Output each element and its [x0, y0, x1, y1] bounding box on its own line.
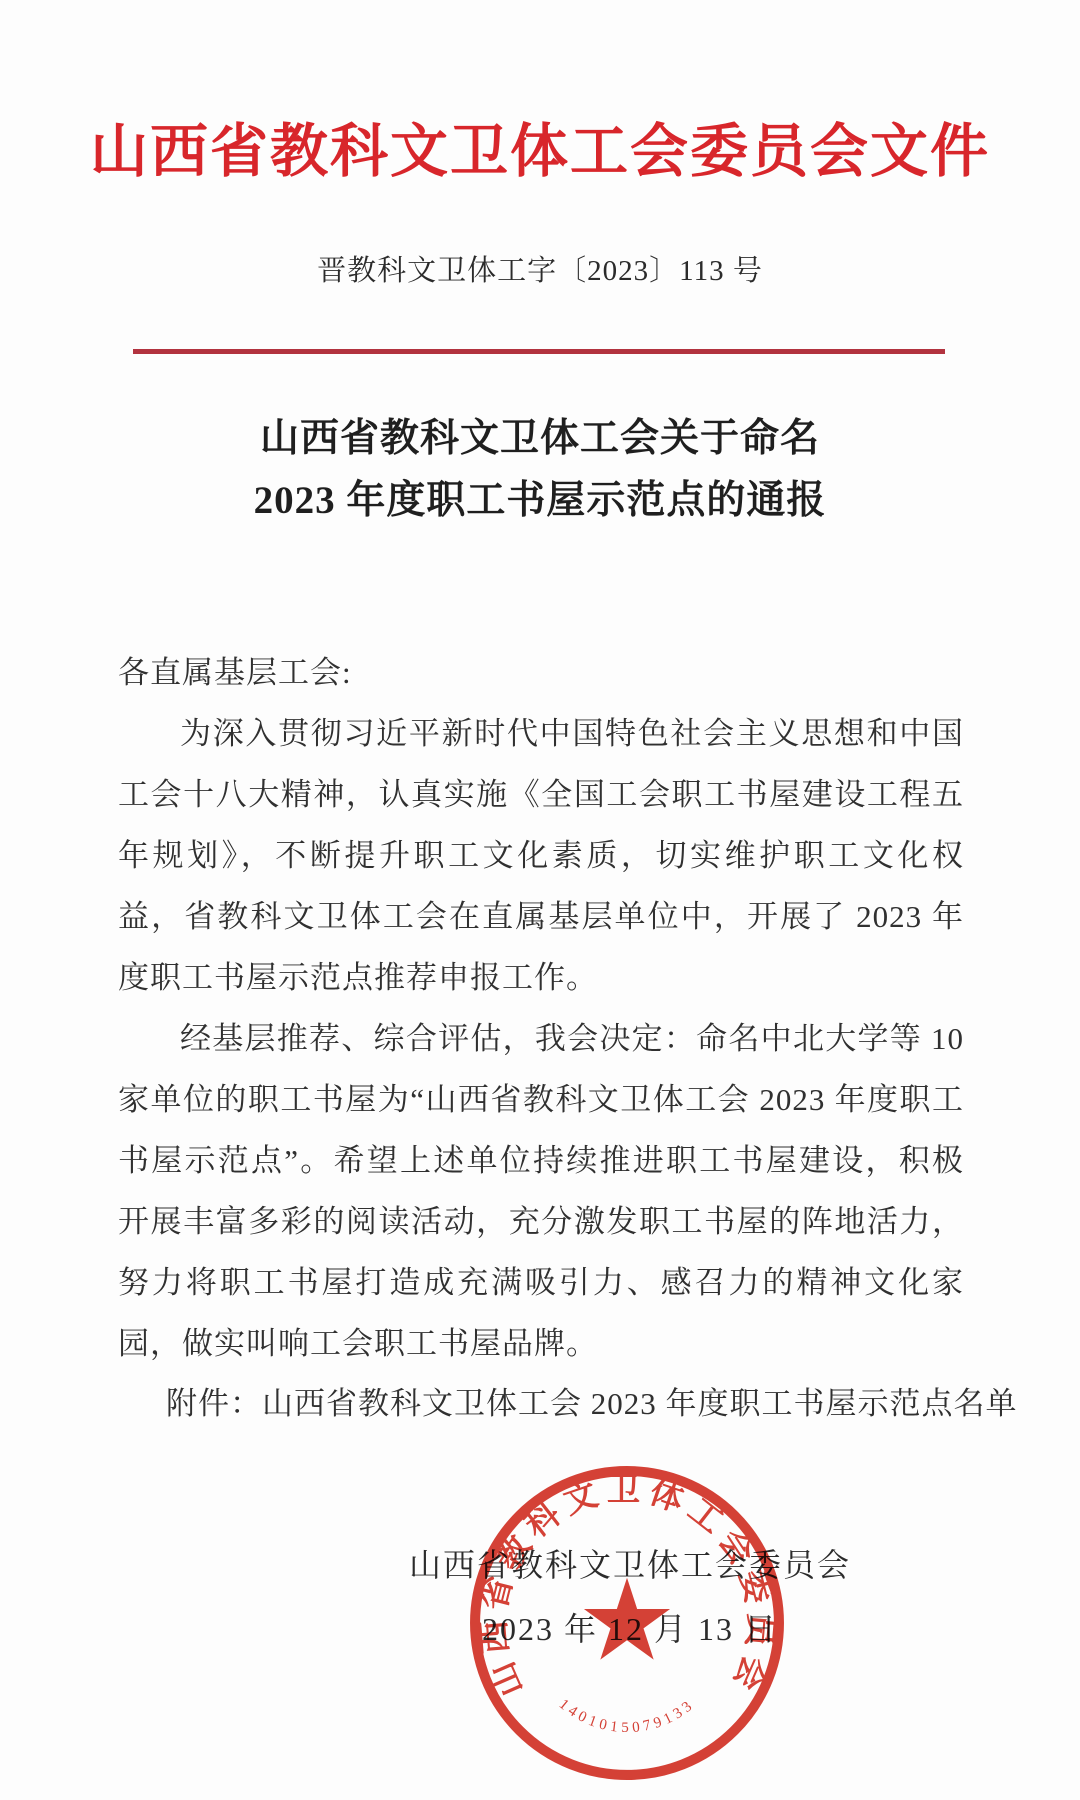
- document-title-line2: 2023 年度职工书屋示范点的通报: [0, 470, 1080, 532]
- document-title: 山西省教科文卫体工会关于命名 2023 年度职工书屋示范点的通报: [0, 408, 1080, 532]
- document-body: 各直属基层工会: 为深入贯彻习近平新时代中国特色社会主义思想和中国工会十八大精神…: [118, 642, 964, 1374]
- header-divider-line: [133, 349, 945, 354]
- salutation: 各直属基层工会:: [118, 642, 964, 703]
- document-number: 晋教科文卫体工字〔2023〕113 号: [0, 248, 1080, 289]
- body-paragraph-1: 为深入贯彻习近平新时代中国特色社会主义思想和中国工会十八大精神，认真实施《全国工…: [118, 703, 964, 1008]
- attachment-line: 附件：山西省教科文卫体工会 2023 年度职工书屋示范点名单: [118, 1378, 964, 1423]
- svg-text:1401015079133: 1401015079133: [556, 1696, 698, 1736]
- document-title-line1: 山西省教科文卫体工会关于命名: [0, 408, 1080, 470]
- seal-number: 1401015079133: [556, 1696, 698, 1736]
- document-page: 山西省教科文卫体工会委员会文件 晋教科文卫体工字〔2023〕113 号 山西省教…: [0, 0, 1080, 1800]
- official-seal-graphic: 山西省教科文卫体工会委员会 1401015079133: [466, 1462, 788, 1784]
- body-paragraph-2: 经基层推荐、综合评估，我会决定：命名中北大学等 10 家单位的职工书屋为“山西省…: [118, 1008, 964, 1374]
- document-header-title: 山西省教科文卫体工会委员会文件: [0, 104, 1080, 188]
- seal-star-icon: [584, 1578, 670, 1660]
- official-seal: 山西省教科文卫体工会委员会 1401015079133: [466, 1462, 788, 1784]
